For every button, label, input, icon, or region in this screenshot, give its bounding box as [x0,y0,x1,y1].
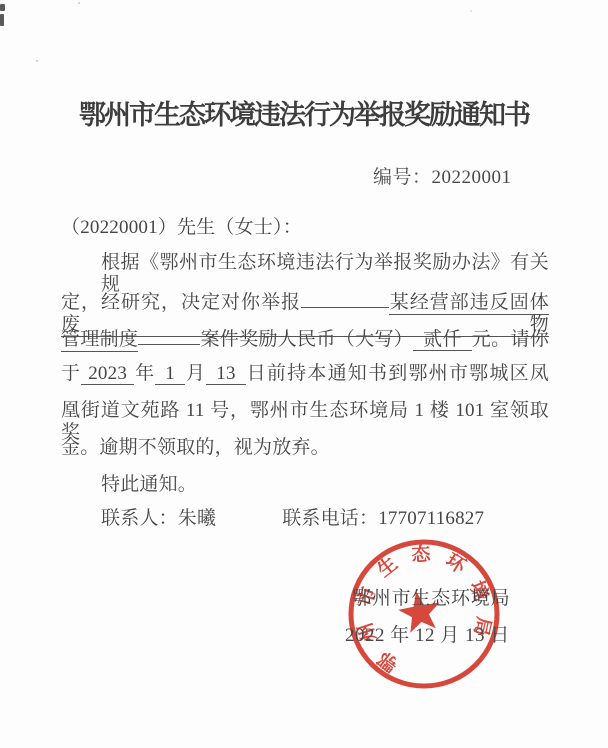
day-underline-text: 13 [206,363,245,385]
body-line: 管理制度案件奖励人民币（大写）贰仟元。请你 [61,326,549,351]
salutation-line: （20220001）先生（女士）： [61,217,549,239]
contact-person: 联系人：朱曦 [101,508,216,529]
signature-date: 2022 年 12 月 13 日 [345,620,510,647]
doc-number: 编号：20220001 [373,162,512,189]
body-text: 特此通知。 [101,474,197,495]
seal-ring-char: 态 [411,542,432,566]
blank-underline [301,289,389,308]
body-text: 于 [61,363,81,384]
year-underline-text: 2023 [81,363,134,385]
filled-underline-text: 管理制度 [61,329,138,352]
month-underline-text: 1 [155,363,185,385]
body-text: 案件奖励人民币（大写） [200,329,413,350]
body-line: 于2023年1月13日前持本通知书到鄂州市鄂城区凤 [61,363,549,385]
body-text: 定，经研究，决定对你举报 [61,292,301,313]
spacer [216,523,282,524]
body-text: 日前持本通知书到鄂州市鄂城区凤 [246,363,549,384]
contact-line: 联系人：朱曦联系电话：17707116827 [61,508,549,530]
body-line: 特此通知。 [61,474,549,496]
official-seal: 鄂 州 市 生 态 环 境 局 [340,530,510,700]
body-text: 月 [185,363,206,384]
body-text: 元。请你 [472,329,549,350]
salutation-text: （20220001）先生（女士）： [61,217,302,238]
scan-artifact-mark [0,4,5,11]
body-line: 金。逾期不领取的，视为放弃。 [61,437,549,459]
document-page: 鄂州市生态环境违法行为举报奖励通知书 编号：20220001 （20220001… [0,0,608,748]
amount-underline-text: 贰仟 [413,329,472,351]
body-text: 年 [134,363,155,384]
scan-speck [78,2,80,4]
page-title: 鄂州市生态环境违法行为举报奖励通知书 [0,93,608,132]
blank-underline [138,326,200,345]
scan-artifact-mark [0,14,4,26]
scan-speck [36,60,38,62]
body-text: 金。逾期不领取的，视为放弃。 [61,437,330,458]
signature-org: 鄂州市生态环境局 [352,583,510,610]
contact-phone: 联系电话：17707116827 [282,508,484,529]
scan-speck [470,10,472,12]
